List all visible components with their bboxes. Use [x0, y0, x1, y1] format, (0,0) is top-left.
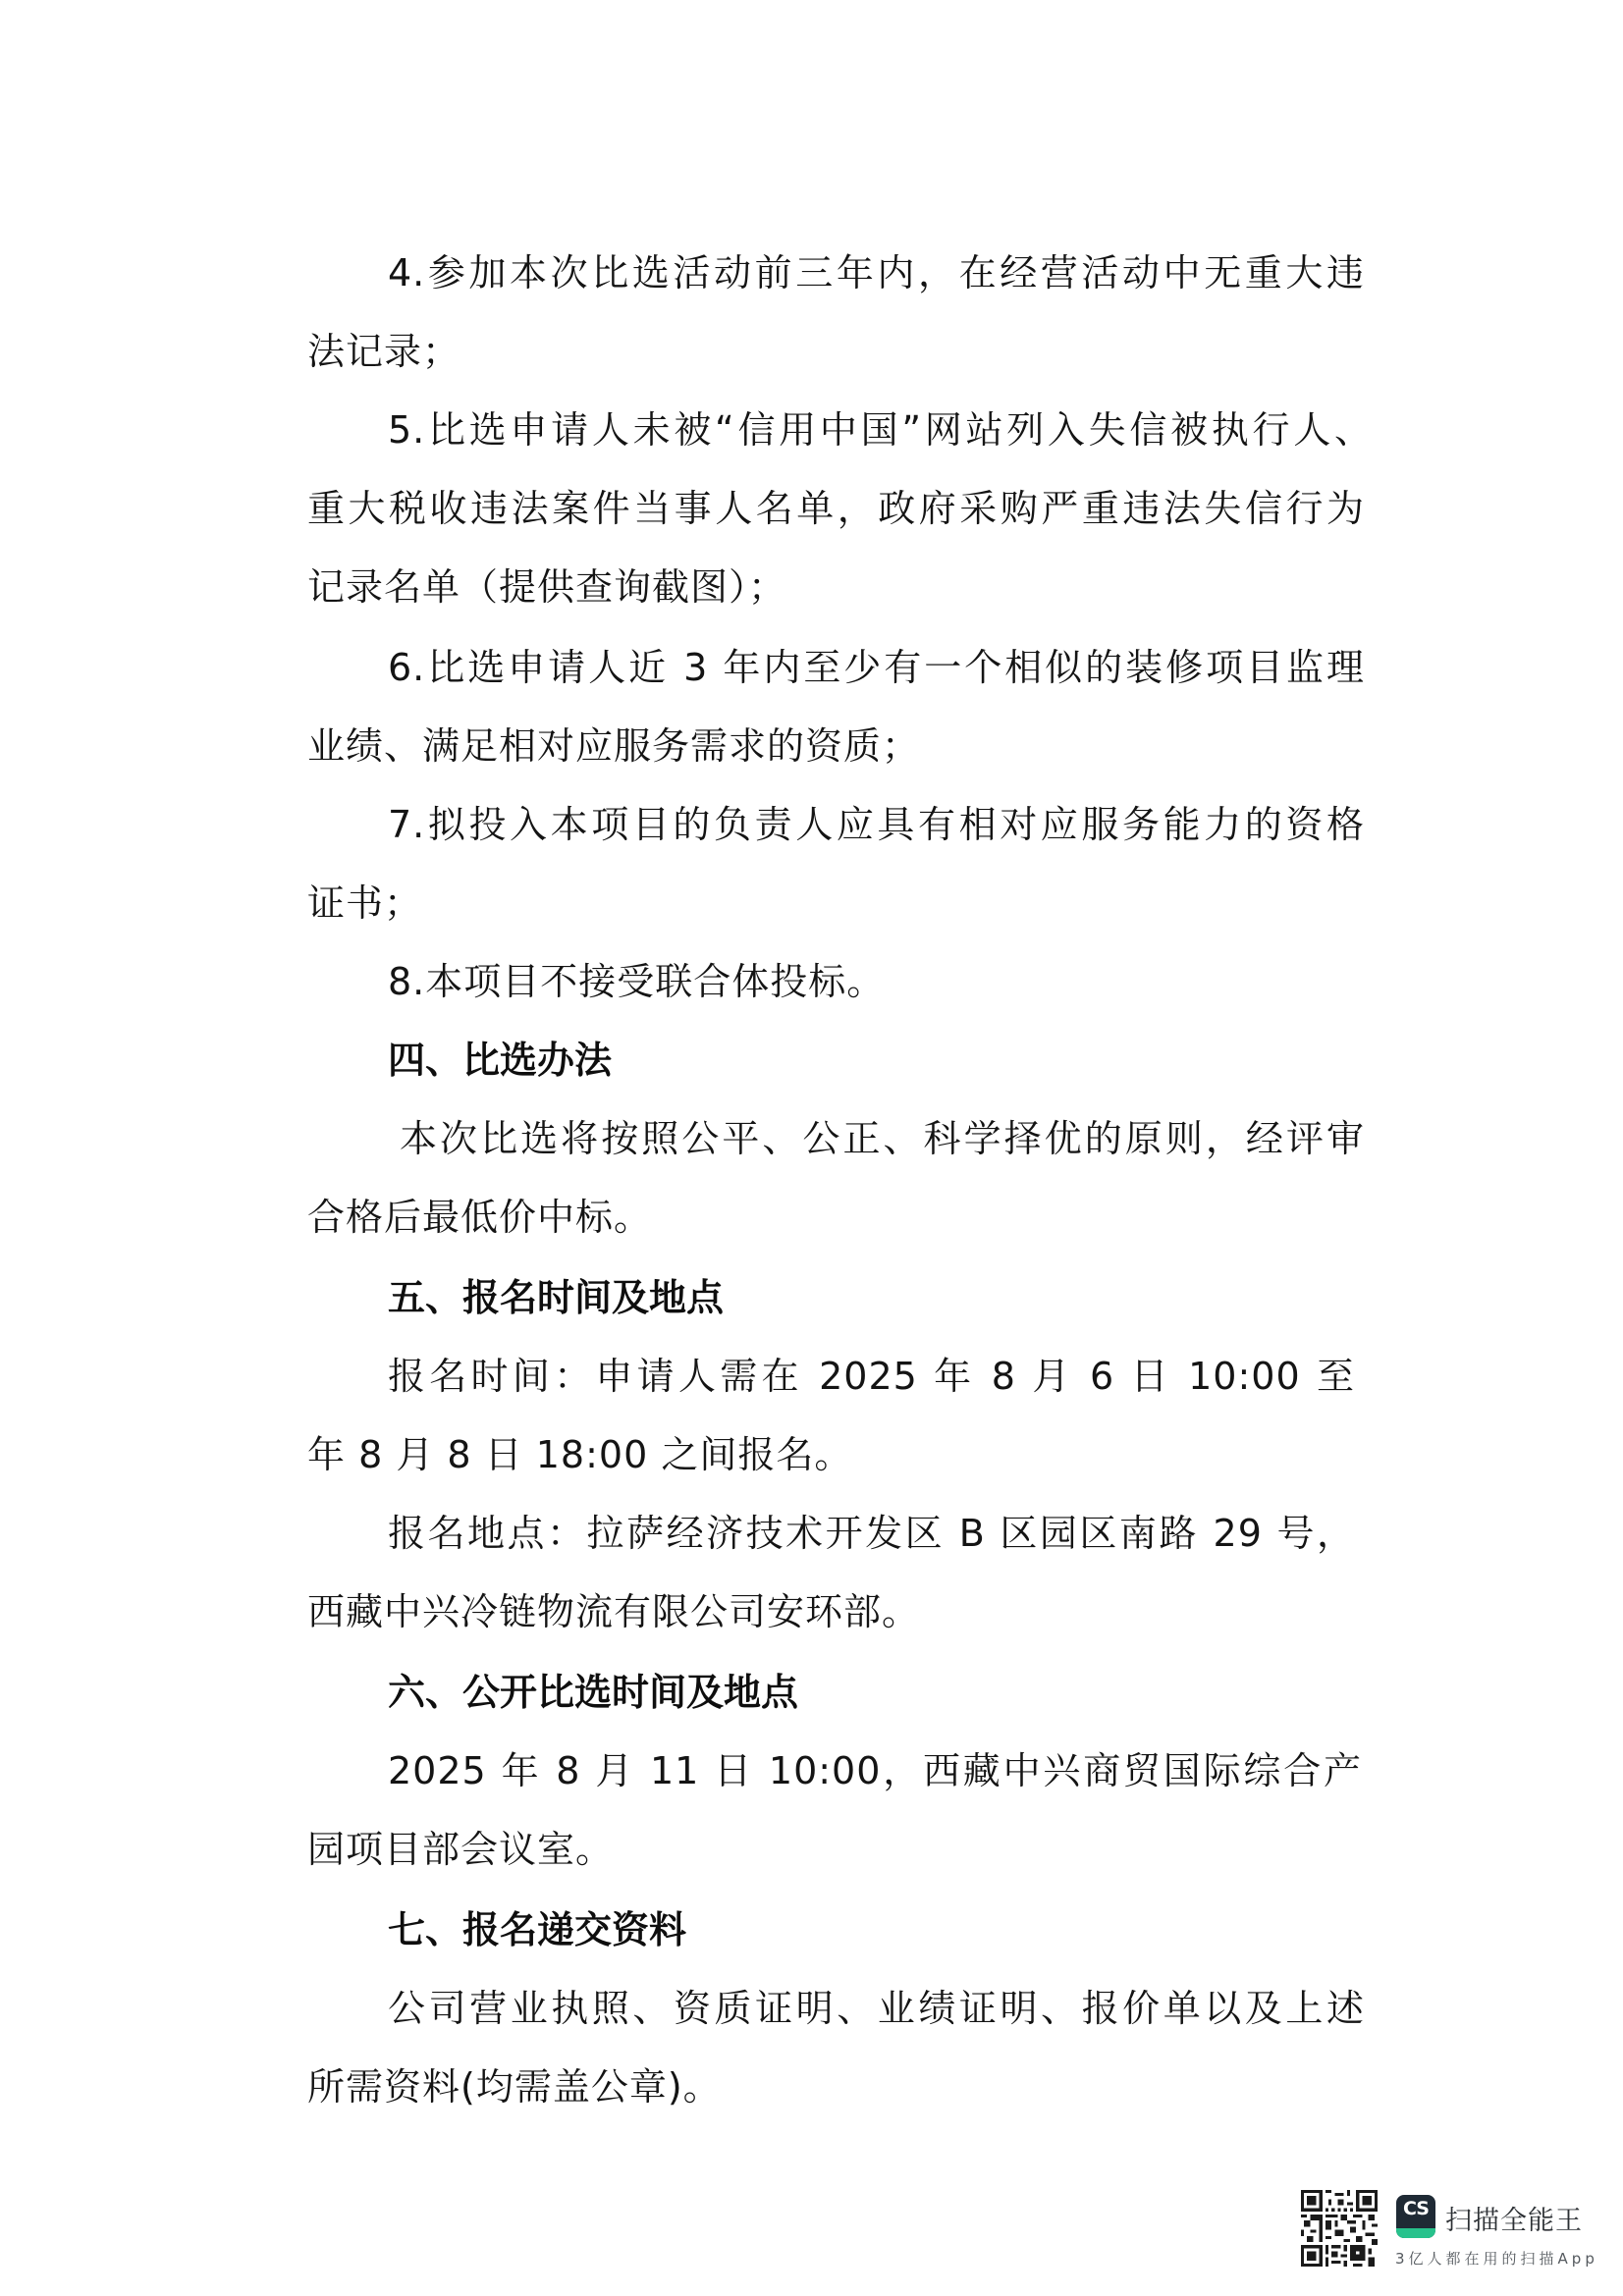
list-item-7-line-1: 7.拟投入本项目的负责人应具有相对应服务能力的资格	[388, 785, 1365, 864]
list-item-6-line-2: 业绩、满足相对应服务需求的资质；	[307, 707, 920, 785]
list-item-5-line-3: 记录名单（提供查询截图）；	[307, 548, 786, 626]
camscanner-logo-icon: CS	[1396, 2195, 1435, 2238]
registration-place-line-2: 西藏中兴冷链物流有限公司安环部。	[307, 1573, 920, 1651]
section-heading-7: 七、报名递交资料	[388, 1891, 686, 1969]
section-4-body-line-2: 合格后最低价中标。	[307, 1178, 652, 1256]
registration-time-line-1: 报名时间：申请人需在 2025 年 8 月 6 日 10:00 至 2025	[388, 1337, 1355, 1415]
logo-band	[1396, 2228, 1435, 2238]
brand-name: 扫描全能王	[1445, 2199, 1583, 2237]
registration-place-line-1: 报名地点：拉萨经济技术开发区 B 区园区南路 29 号，	[388, 1494, 1355, 1573]
document-page: 4.参加本次比选活动前三年内，在经营活动中无重大违 法记录； 5.比选申请人未被…	[0, 0, 1623, 2296]
list-item-4-line-2: 法记录；	[307, 312, 460, 391]
section-6-body-line-2: 园项目部会议室。	[307, 1810, 614, 1889]
section-heading-6: 六、公开比选时间及地点	[388, 1653, 798, 1732]
qr-code-icon	[1301, 2189, 1378, 2268]
section-heading-5: 五、报名时间及地点	[388, 1258, 724, 1337]
section-6-body-line-1: 2025 年 8 月 11 日 10:00，西藏中兴商贸国际综合产业	[388, 1732, 1362, 1810]
section-7-body-line-1: 公司营业执照、资质证明、业绩证明、报价单以及上述	[388, 1969, 1365, 2048]
list-item-5-line-1: 5.比选申请人未被“信用中国”网站列入失信被执行人、	[388, 391, 1373, 469]
scanner-watermark: CS 扫描全能王 3亿人都在用的扫描App	[1296, 2185, 1591, 2273]
registration-time-line-2: 年 8 月 8 日 18:00 之间报名。	[307, 1415, 852, 1494]
list-item-6-line-1: 6.比选申请人近 3 年内至少有一个相似的装修项目监理	[388, 628, 1365, 707]
list-item-4-line-1: 4.参加本次比选活动前三年内，在经营活动中无重大违	[388, 234, 1365, 312]
section-heading-4: 四、比选办法	[388, 1021, 612, 1099]
section-7-body-line-2: 所需资料(均需盖公章)。	[307, 2048, 722, 2126]
section-4-body-line-1: 本次比选将按照公平、公正、科学择优的原则，经评审	[400, 1099, 1365, 1178]
list-item-8: 8.本项目不接受联合体投标。	[388, 942, 885, 1021]
logo-text: CS	[1396, 2198, 1435, 2219]
list-item-7-line-2: 证书；	[307, 864, 422, 942]
list-item-5-line-2: 重大税收违法案件当事人名单，政府采购严重违法失信行为	[307, 469, 1365, 548]
brand-tagline: 3亿人都在用的扫描App	[1395, 2248, 1598, 2269]
